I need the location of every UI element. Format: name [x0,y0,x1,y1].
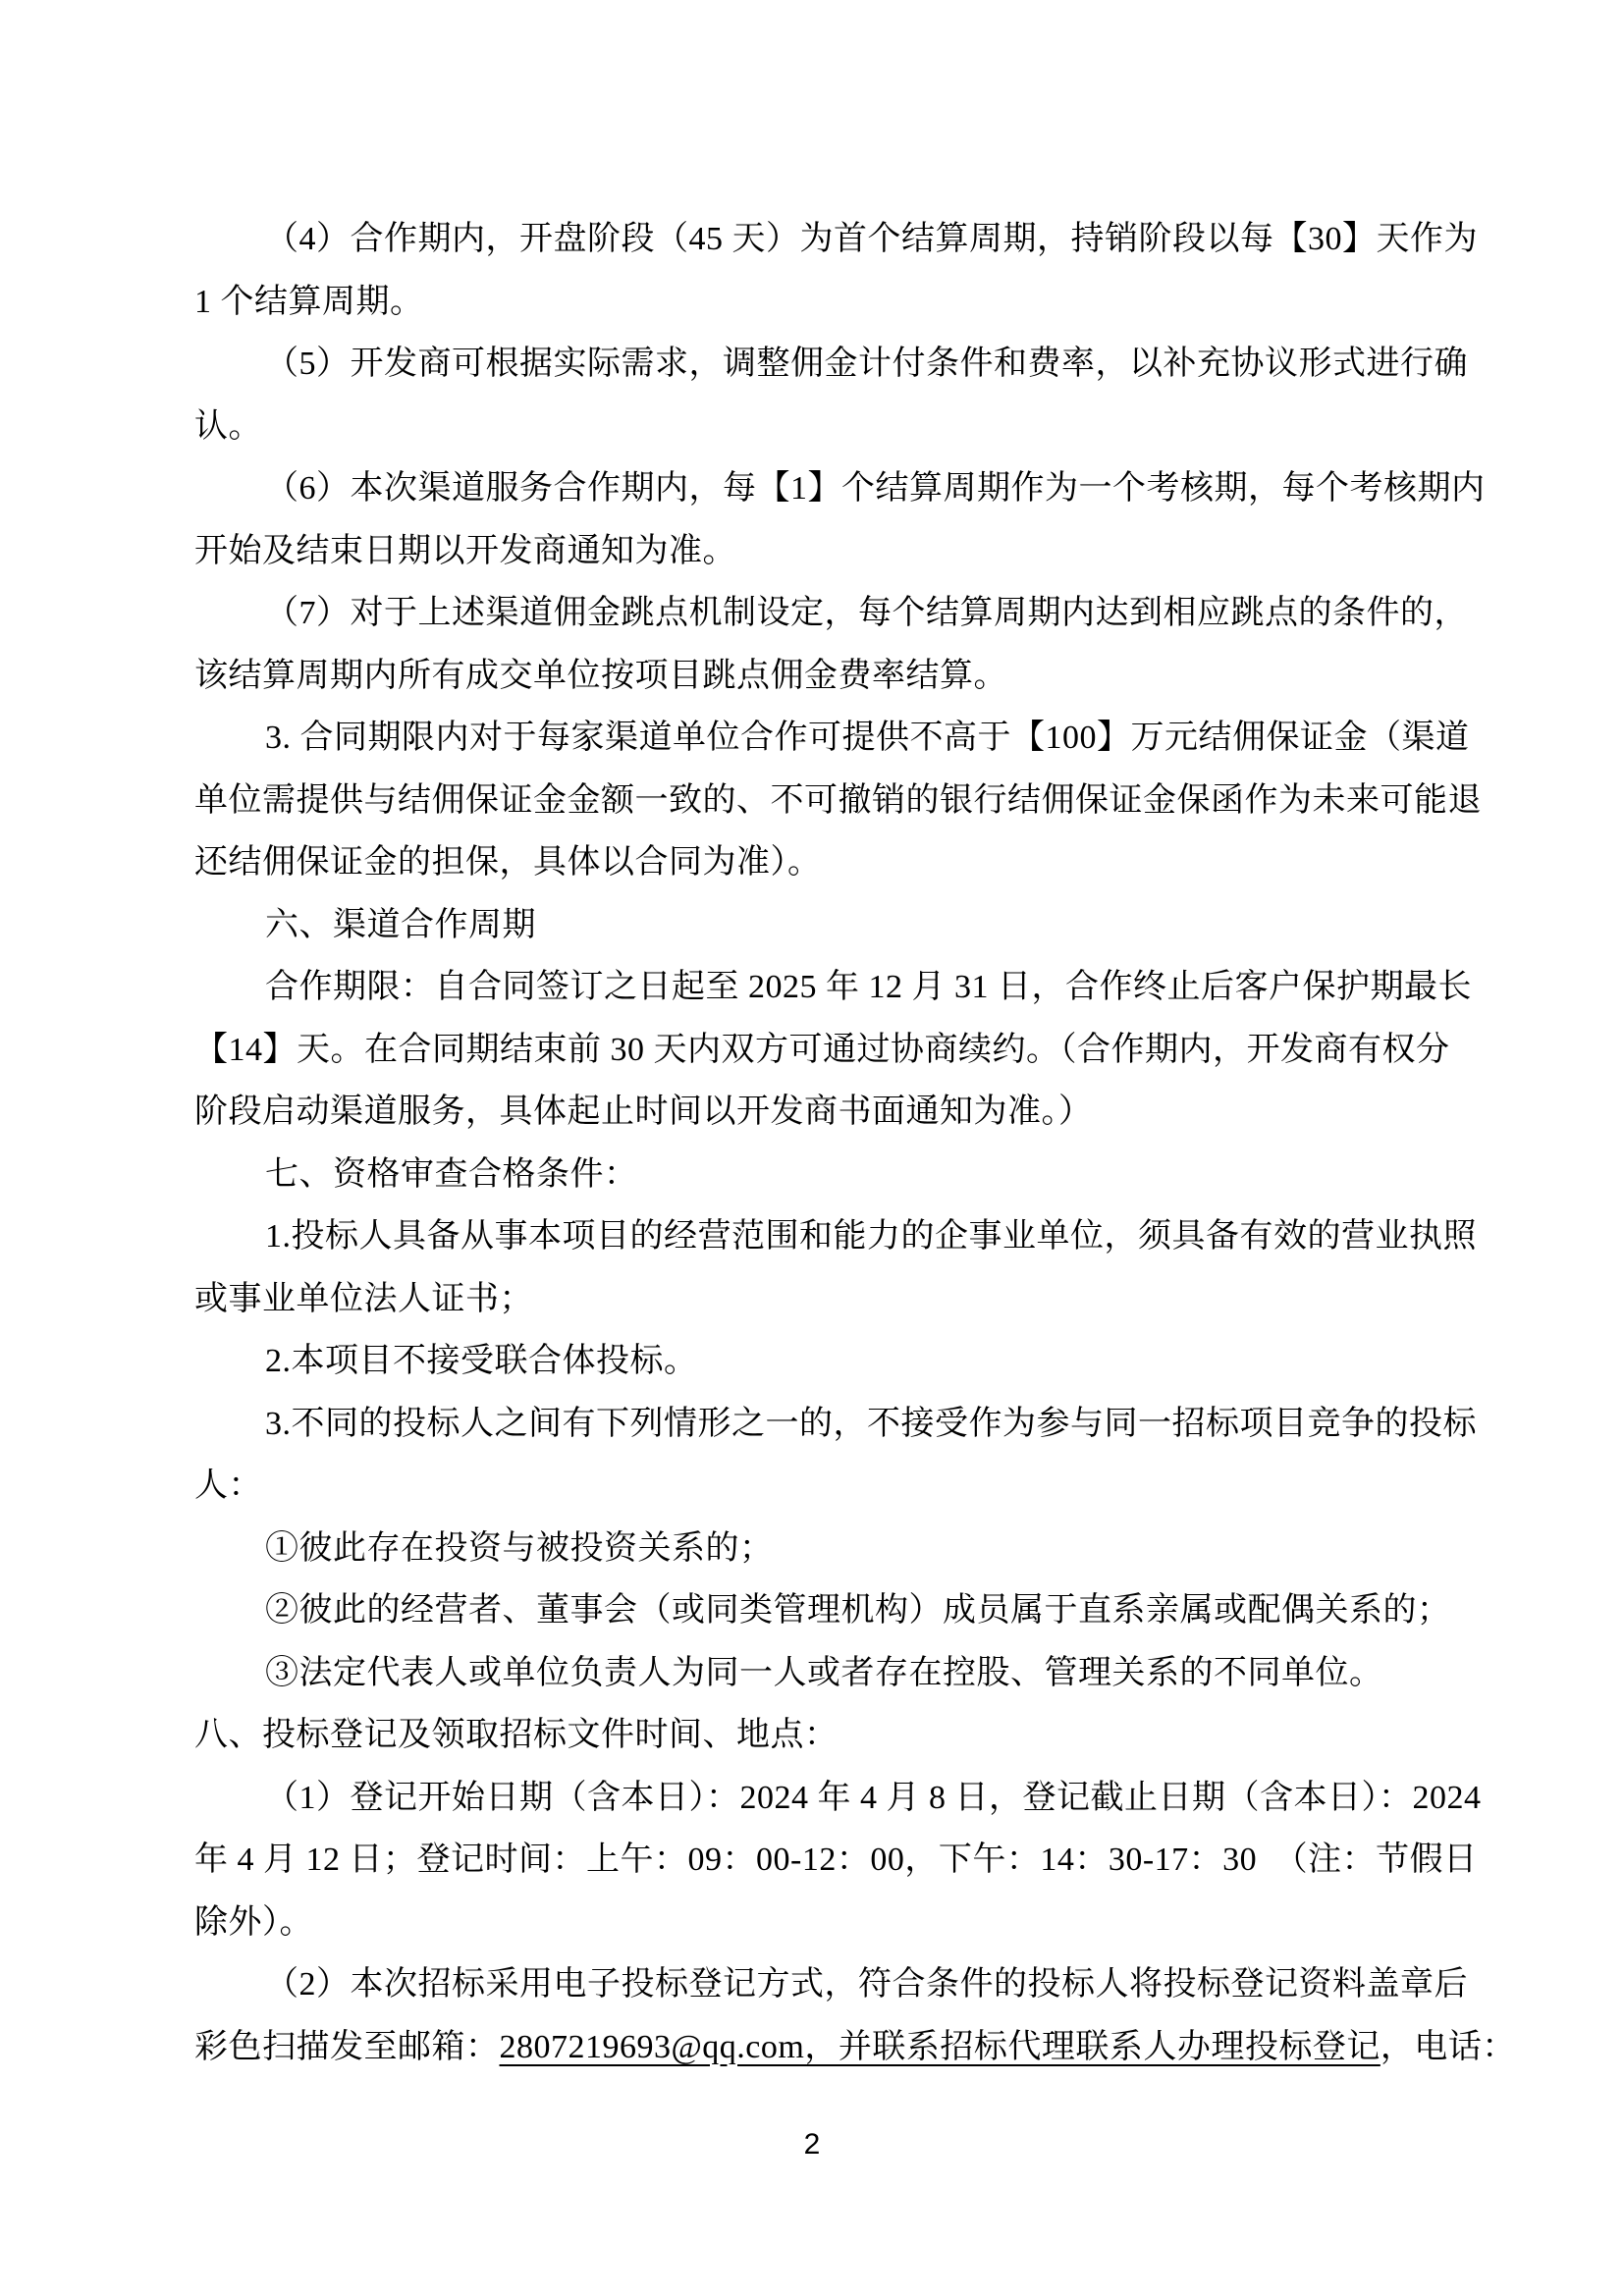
text-segment: 单位需提供与结佣保证金金额一致的、不可撤销的银行结佣保证金保函作为未来可能退 [194,782,1482,819]
text-segment: ①彼此存在投资与被投资关系的； [265,1530,774,1567]
text-line: （6）本次渠道服务合作期内，每【1】个结算周期作为一个考核期，每个考核期内 [194,457,1466,520]
text-segment: 认。 [194,408,262,445]
text-line: 合作期限：自合同签订之日起至 2025 年 12 月 31 日，合作终止后客户保… [194,956,1466,1019]
text-line: 【14】天。在合同期结束前 30 天内双方可通过协商续约。（合作期内，开发商有权… [194,1019,1466,1082]
text-line: 3. 合同期限内对于每家渠道单位合作可提供不高于【100】万元结佣保证金（渠道 [194,707,1466,770]
text-segment: （2）本次招标采用电子投标登记方式，符合条件的投标人将投标登记资料盖章后 [265,1966,1468,2002]
text-segment: 1.投标人具备从事本项目的经营范围和能力的企事业单位，须具备有效的营业执照 [265,1218,1477,1255]
text-line: 该结算周期内所有成交单位按项目跳点佣金费率结算。 [194,645,1466,708]
document-page: （4）合作期内，开盘阶段（45 天）为首个结算周期，持销阶段以每【30】天作为1… [0,0,1624,2296]
text-segment: 年 4 月 12 日；登记时间：上午：09：00-12：00，下午：14：30-… [194,1842,1478,1878]
text-segment: （1）登记开始日期（含本日）：2024 年 4 月 8 日，登记截止日期（含本日… [265,1780,1482,1816]
text-segment: ，电话： [1380,2029,1516,2065]
text-line: 七、资格审查合格条件： [194,1144,1466,1206]
text-line: ②彼此的经营者、董事会（或同类管理机构）成员属于直系亲属或配偶关系的； [194,1579,1466,1642]
text-line: 年 4 月 12 日；登记时间：上午：09：00-12：00，下午：14：30-… [194,1829,1466,1892]
text-segment: 除外）。 [194,1904,313,1941]
text-segment: 3. 合同期限内对于每家渠道单位合作可提供不高于【100】万元结佣保证金（渠道 [265,720,1470,756]
text-segment: 八、投标登记及领取招标文件时间、地点： [194,1717,839,1753]
text-line: ①彼此存在投资与被投资关系的； [194,1518,1466,1580]
text-line: 1 个结算周期。 [194,271,1466,334]
text-line: 彩色扫描发至邮箱：2807219693@qq.com，并联系招标代理联系人办理投… [194,2016,1466,2079]
text-line: 或事业单位法人证书； [194,1268,1466,1331]
text-line: （2）本次招标采用电子投标登记方式，符合条件的投标人将投标登记资料盖章后 [194,1953,1466,2016]
text-line: （7）对于上述渠道佣金跳点机制设定，每个结算周期内达到相应跳点的条件的， [194,582,1466,645]
text-segment: 2.本项目不接受联合体投标。 [265,1343,698,1379]
text-line: 开始及结束日期以开发商通知为准。 [194,520,1466,583]
text-line: 1.投标人具备从事本项目的经营范围和能力的企事业单位，须具备有效的营业执照 [194,1205,1466,1268]
text-line: （4）合作期内，开盘阶段（45 天）为首个结算周期，持销阶段以每【30】天作为 [194,208,1466,271]
text-segment: ②彼此的经营者、董事会（或同类管理机构）成员属于直系亲属或配偶关系的； [265,1592,1451,1629]
text-line: （1）登记开始日期（含本日）：2024 年 4 月 8 日，登记截止日期（含本日… [194,1767,1466,1830]
text-segment: 开始及结束日期以开发商通知为准。 [194,533,736,569]
text-segment: 1 个结算周期。 [194,284,424,320]
text-segment: （5）开发商可根据实际需求，调整佣金计付条件和费率，以补充协议形式进行确 [265,346,1468,382]
text-segment: 七、资格审查合格条件： [265,1156,638,1193]
text-line: 认。 [194,396,1466,458]
page-number: 2 [0,2128,1624,2162]
text-line: 还结佣保证金的担保，具体以合同为准）。 [194,831,1466,894]
document-body: （4）合作期内，开盘阶段（45 天）为首个结算周期，持销阶段以每【30】天作为1… [194,208,1466,2078]
text-line: 单位需提供与结佣保证金金额一致的、不可撤销的银行结佣保证金保函作为未来可能退 [194,770,1466,832]
text-line: 2.本项目不接受联合体投标。 [194,1330,1466,1393]
text-segment: 彩色扫描发至邮箱： [194,2029,500,2065]
text-segment: （6）本次渠道服务合作期内，每【1】个结算周期作为一个考核期，每个考核期内 [265,470,1486,507]
text-segment: ③法定代表人或单位负责人为同一人或者存在控股、管理关系的不同单位。 [265,1655,1383,1691]
text-segment: （4）合作期内，开盘阶段（45 天）为首个结算周期，持销阶段以每【30】天作为 [265,221,1478,257]
text-line: 六、渠道合作周期 [194,894,1466,957]
text-segment: 该结算周期内所有成交单位按项目跳点佣金费率结算。 [194,658,1007,694]
text-line: （5）开发商可根据实际需求，调整佣金计付条件和费率，以补充协议形式进行确 [194,333,1466,396]
text-line: 3.不同的投标人之间有下列情形之一的，不接受作为参与同一招标项目竞争的投标 [194,1393,1466,1456]
text-segment: 六、渠道合作周期 [265,907,536,943]
text-line: 八、投标登记及领取招标文件时间、地点： [194,1704,1466,1767]
text-segment: 3.不同的投标人之间有下列情形之一的，不接受作为参与同一招标项目竞争的投标 [265,1406,1477,1442]
text-segment: 或事业单位法人证书； [194,1281,533,1317]
text-line: 人： [194,1455,1466,1518]
text-segment: 合作期限：自合同签订之日起至 2025 年 12 月 31 日，合作终止后客户保… [265,969,1472,1005]
text-segment: 还结佣保证金的担保，具体以合同为准）。 [194,844,822,881]
text-line: ③法定代表人或单位负责人为同一人或者存在控股、管理关系的不同单位。 [194,1642,1466,1705]
text-line: 阶段启动渠道服务，具体起止时间以开发商书面通知为准。） [194,1081,1466,1144]
text-segment: 阶段启动渠道服务，具体起止时间以开发商书面通知为准。） [194,1094,1093,1130]
text-line: 除外）。 [194,1892,1466,1954]
text-segment: 人： [194,1468,262,1504]
text-segment: 【14】天。在合同期结束前 30 天内双方可通过协商续约。（合作期内，开发商有权… [194,1032,1450,1068]
text-segment: （7）对于上述渠道佣金跳点机制设定，每个结算周期内达到相应跳点的条件的， [265,595,1468,631]
email-underlined-text: 2807219693@qq.com，并联系招标代理联系人办理投标登记 [500,2029,1380,2065]
